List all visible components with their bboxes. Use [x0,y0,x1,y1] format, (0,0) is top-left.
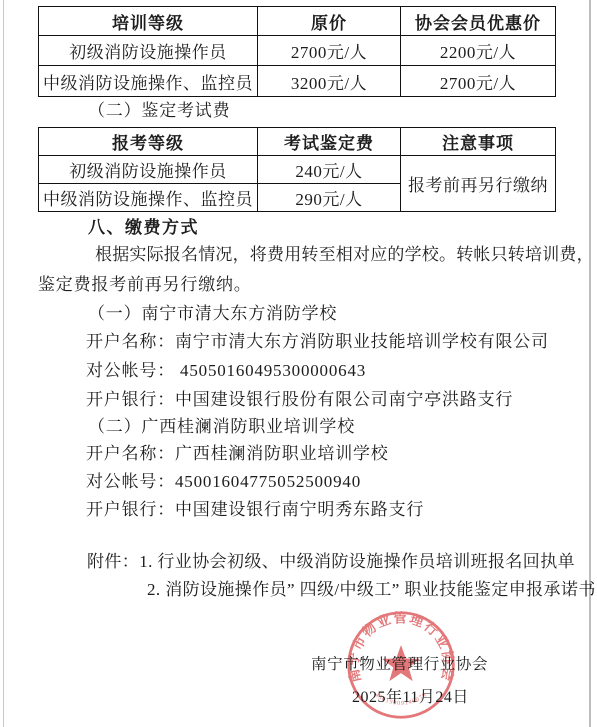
signature-organization: 南宁市物业管理行业协会 [311,655,488,675]
payment-paragraph-line2: 鉴定费报考前再另行缴纳。 [38,275,252,295]
training-fee-table: 培训等级 原价 协会会员优惠价 初级消防设施操作员 2700元/人 2200元/… [38,6,556,97]
fee-cell-original: 2700元/人 [258,36,401,66]
payment-section-heading: 八、缴费方式 [88,218,199,238]
exam-cell-merged-note: 报考前再另行缴纳 [401,156,556,212]
school1-account-name: 开户名称：南宁市清大东方消防职业技能培训学校有限公司 [86,332,549,352]
fee-table-header-member-price: 协会会员优惠价 [401,7,556,36]
fee-cell-member: 2700元/人 [401,66,556,97]
school1-account-number: 对公帐号： 45050160495300000643 [86,361,366,381]
exam-cell-fee: 290元/人 [258,184,401,212]
school1-bank: 开户银行：中国建设银行股份有限公司南宁亭洪路支行 [86,390,513,410]
fee-cell-level: 初级消防设施操作员 [39,36,258,66]
school2-account-number: 对公帐号：45001604775052500940 [86,472,361,492]
school2-account-name: 开户名称：广西桂澜消防职业培训学校 [86,444,389,464]
page-left-edge [3,0,4,727]
document-page: 培训等级 原价 协会会员优惠价 初级消防设施操作员 2700元/人 2200元/… [0,0,597,727]
exam-cell-level: 初级消防设施操作员 [39,156,258,184]
exam-cell-fee: 240元/人 [258,156,401,184]
fee-table-header-level: 培训等级 [39,7,258,36]
exam-cell-level: 中级消防设施操作、监控员 [39,184,258,212]
fee-table-header-original-price: 原价 [258,7,401,36]
exam-fee-section-label: （二）鉴定考试费 [88,101,230,121]
table-row: 初级消防设施操作员 2700元/人 2200元/人 [39,36,556,66]
fee-cell-original: 3200元/人 [258,66,401,97]
page-right-edge [589,0,591,727]
table-row: 初级消防设施操作员 240元/人 报考前再另行缴纳 [39,156,556,184]
exam-fee-table: 报考等级 考试鉴定费 注意事项 初级消防设施操作员 240元/人 报考前再另行缴… [38,127,556,212]
fee-cell-level: 中级消防设施操作、监控员 [39,66,258,97]
school2-title: （二）广西桂澜消防职业培训学校 [88,417,355,437]
payment-paragraph-line1: 根据实际报名情况，将费用转至相对应的学校。转帐只转培训费， [95,245,594,265]
fee-cell-member: 2200元/人 [401,36,556,66]
exam-table-header-note: 注意事项 [401,128,556,156]
exam-table-header-level: 报考等级 [39,128,258,156]
school2-bank: 开户银行：中国建设银行南宁明秀东路支行 [86,500,424,520]
school1-title: （一）南宁市清大东方消防学校 [88,304,337,324]
table-row: 中级消防设施操作、监控员 3200元/人 2700元/人 [39,66,556,97]
attachment-line2: 2. 消防设施操作员” 四级/中级工” 职业技能鉴定申报承诺书 [147,580,596,600]
exam-table-header-fee: 考试鉴定费 [258,128,401,156]
signature-date: 2025年11月24日 [352,688,469,708]
attachment-line1: 附件：1. 行业协会初级、中级消防设施操作员培训班报名回执单 [87,552,575,572]
